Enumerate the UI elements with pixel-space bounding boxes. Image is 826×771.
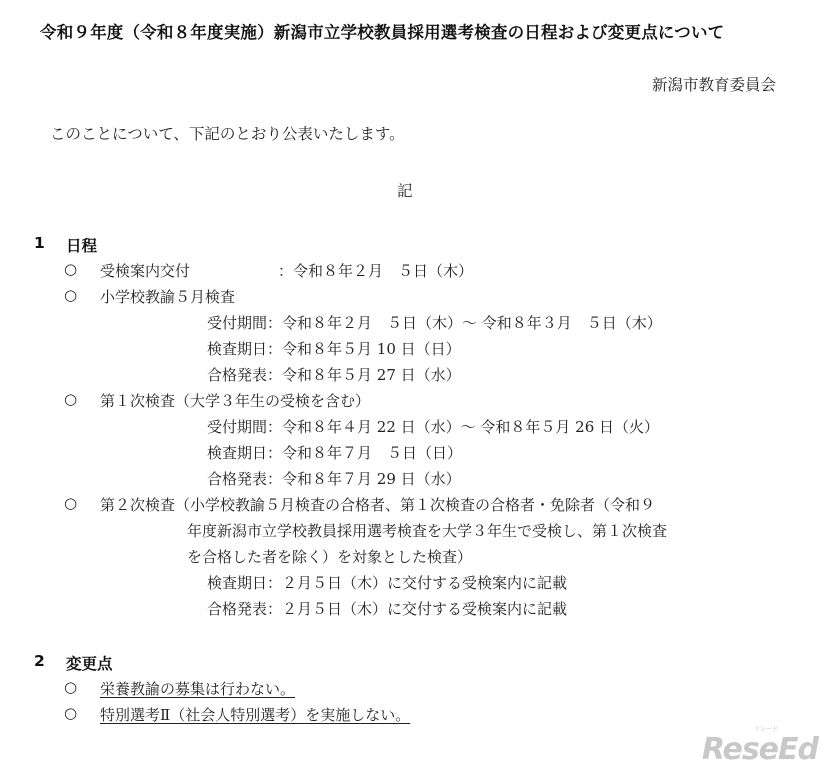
circle-bullet-icon: ○	[64, 390, 77, 408]
sub-line: 合格発表：令和８年７月 29 日（水）	[207, 468, 461, 489]
section-label: 日程	[66, 234, 97, 256]
sub-line: 受付期間：令和８年４月 22 日（水）～ 令和８年５月 26 日（火）	[207, 416, 659, 437]
item-text: 小学校教諭５月検査	[100, 286, 235, 307]
sub-line: 合格発表：令和８年５月 27 日（水）	[207, 364, 461, 385]
section-number: 1	[34, 234, 45, 252]
circle-bullet-icon: ○	[64, 678, 77, 696]
circle-bullet-icon: ○	[64, 704, 77, 722]
item-text-continuation: 年度新潟市立学校教員採用選考検査を大学３年生で受検し、第１次検査	[187, 520, 667, 541]
item-text: 栄養教諭の募集は行わない。	[100, 678, 295, 699]
circle-bullet-icon: ○	[64, 286, 77, 304]
circle-bullet-icon: ○	[64, 494, 77, 512]
sub-line: 合格発表：２月５日（木）に交付する受検案内に記載	[207, 598, 567, 619]
item-text-continuation: を合格した者を除く）を対象とした検査）	[187, 546, 472, 567]
reseed-logo: ReseEd	[702, 732, 818, 767]
item-value: ：令和８年２月 ５日（木）	[278, 260, 473, 281]
item-text: 受検案内交付	[100, 260, 190, 281]
document-title: 令和９年度（令和８年度実施）新潟市立学校教員採用選考検査の日程および変更点につい…	[40, 19, 724, 43]
circle-bullet-icon: ○	[64, 260, 77, 278]
sub-line: 受付期間：令和８年２月 ５日（木）～ 令和８年３月 ５日（木）	[207, 312, 662, 333]
sub-line: 検査期日：令和８年５月 10 日（日）	[207, 338, 461, 359]
item-text: 特別選考Ⅱ（社会人特別選考）を実施しない。	[100, 704, 410, 725]
intro-paragraph: このことについて、下記のとおり公表いたします。	[50, 122, 405, 144]
section-number: 2	[34, 652, 45, 670]
section-label: 変更点	[66, 652, 113, 674]
item-text: 第２次検査（小学校教諭５月検査の合格者、第１次検査の合格者・免除者（令和９	[100, 494, 655, 515]
item-text: 第１次検査（大学３年生の受検を含む）	[100, 390, 370, 411]
sub-line: 検査期日：令和８年７月 ５日（日）	[207, 442, 462, 463]
sub-line: 検査期日：２月５日（木）に交付する受検案内に記載	[207, 572, 567, 593]
ki-heading: 記	[397, 179, 413, 201]
issuing-organization: 新潟市教育委員会	[652, 73, 776, 95]
